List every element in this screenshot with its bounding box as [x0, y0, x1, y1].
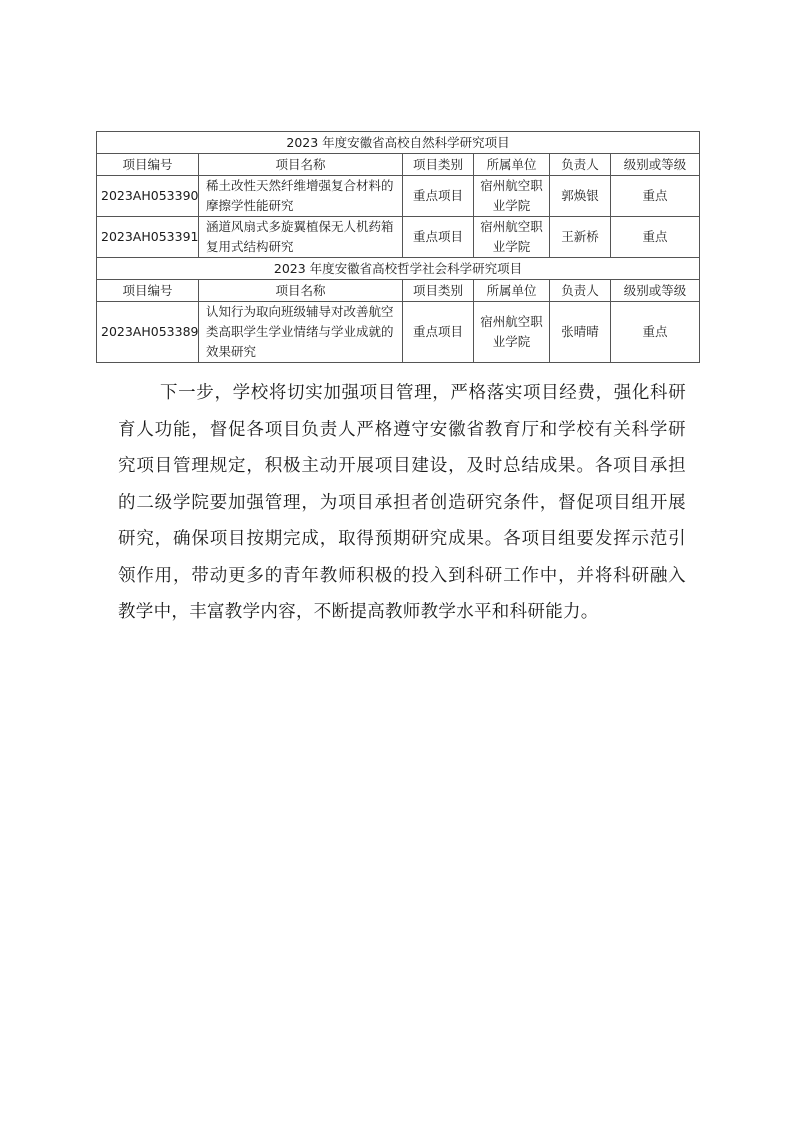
projects-table: 2023 年度安徽省高校自然科学研究项目 项目编号 项目名称 项目类别 所属单位…: [96, 131, 700, 363]
document-page: 2023 年度安徽省高校自然科学研究项目 项目编号 项目名称 项目类别 所属单位…: [0, 0, 793, 1122]
header-cell: 项目编号: [97, 154, 199, 176]
project-leader: 王新桥: [550, 217, 611, 258]
project-leader: 郭焕银: [550, 176, 611, 217]
project-name: 涵道风扇式多旋翼植保无人机药箱复用式结构研究: [199, 217, 403, 258]
project-level: 重点: [611, 176, 700, 217]
project-unit: 宿州航空职业学院: [474, 176, 550, 217]
header-cell: 项目编号: [97, 280, 199, 302]
section-title-row: 2023 年度安徽省高校自然科学研究项目: [97, 132, 700, 154]
table-row: 2023AH053391 涵道风扇式多旋翼植保无人机药箱复用式结构研究 重点项目…: [97, 217, 700, 258]
project-id: 2023AH053390: [97, 176, 199, 217]
header-cell: 负责人: [550, 154, 611, 176]
paragraph: 下一步，学校将切实加强项目管理，严格落实项目经费，强化科研育人功能，督促各项目负…: [118, 375, 686, 631]
project-id: 2023AH053391: [97, 217, 199, 258]
header-cell: 级别或等级: [611, 280, 700, 302]
project-name: 稀土改性天然纤维增强复合材料的摩擦学性能研究: [199, 176, 403, 217]
project-id: 2023AH053389: [97, 302, 199, 363]
header-row: 项目编号 项目名称 项目类别 所属单位 负责人 级别或等级: [97, 154, 700, 176]
table-row: 2023AH053389 认知行为取向班级辅导对改善航空类高职学生学业情绪与学业…: [97, 302, 700, 363]
header-cell: 项目类别: [403, 280, 474, 302]
header-cell: 项目名称: [199, 154, 403, 176]
header-cell: 负责人: [550, 280, 611, 302]
project-unit: 宿州航空职业学院: [474, 217, 550, 258]
header-cell: 级别或等级: [611, 154, 700, 176]
header-cell: 项目类别: [403, 154, 474, 176]
project-level: 重点: [611, 217, 700, 258]
section-title: 2023 年度安徽省高校自然科学研究项目: [97, 132, 700, 154]
project-name: 认知行为取向班级辅导对改善航空类高职学生学业情绪与学业成就的效果研究: [199, 302, 403, 363]
table-row: 2023AH053390 稀土改性天然纤维增强复合材料的摩擦学性能研究 重点项目…: [97, 176, 700, 217]
project-category: 重点项目: [403, 176, 474, 217]
header-row: 项目编号 项目名称 项目类别 所属单位 负责人 级别或等级: [97, 280, 700, 302]
project-leader: 张晴晴: [550, 302, 611, 363]
header-cell: 所属单位: [474, 154, 550, 176]
header-cell: 所属单位: [474, 280, 550, 302]
project-level: 重点: [611, 302, 700, 363]
project-category: 重点项目: [403, 217, 474, 258]
header-cell: 项目名称: [199, 280, 403, 302]
section-title-row: 2023 年度安徽省高校哲学社会科学研究项目: [97, 258, 700, 280]
section-title: 2023 年度安徽省高校哲学社会科学研究项目: [97, 258, 700, 280]
body-text: 下一步，学校将切实加强项目管理，严格落实项目经费，强化科研育人功能，督促各项目负…: [118, 375, 686, 631]
project-unit: 宿州航空职业学院: [474, 302, 550, 363]
project-category: 重点项目: [403, 302, 474, 363]
